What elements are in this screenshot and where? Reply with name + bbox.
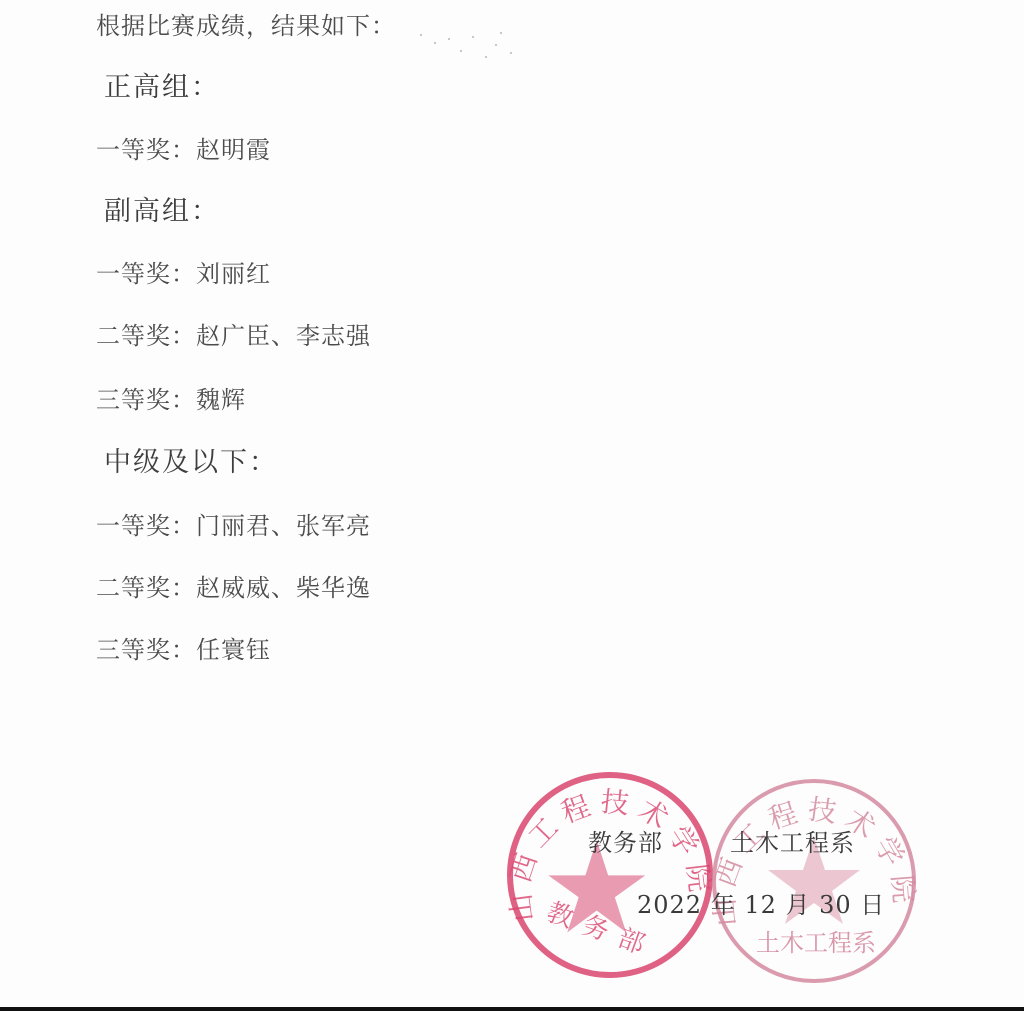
stamp-center-text: 土木工程系 <box>756 923 876 958</box>
page-bottom-border <box>0 1007 1024 1011</box>
award-line: 三等奖：魏辉 <box>96 384 246 416</box>
award-line: 二等奖：赵广臣、李志强 <box>96 320 371 352</box>
scan-noise <box>400 30 520 70</box>
stamp-civil-engineering: 山西工程技术学院 土木工程系 <box>708 775 920 987</box>
award-line: 二等奖：赵威威、柴华逸 <box>96 572 371 604</box>
group-title-intermediate: 中级及以下： <box>104 447 278 479</box>
intro-text: 根据比赛成绩，结果如下： <box>96 10 396 42</box>
document-page: 根据比赛成绩，结果如下： 正高组： 一等奖：赵明霞 副高组： 一等奖：刘丽红 二… <box>0 0 1024 1007</box>
award-line: 一等奖：赵明霞 <box>96 134 271 166</box>
issue-date: 2022 年 12 月 30 日 <box>637 885 885 920</box>
group-title-senior: 正高组： <box>104 72 220 104</box>
award-line: 一等奖：门丽君、张军亮 <box>96 510 371 542</box>
group-title-associate: 副高组： <box>104 196 220 228</box>
stamp-academic-affairs: 山西工程技术学院 教务部 <box>505 770 715 980</box>
issuer-civil-engineering: 土木工程系 <box>730 823 855 858</box>
award-line: 三等奖：任寰钰 <box>96 634 271 666</box>
award-line: 一等奖：刘丽红 <box>96 258 271 290</box>
issuer-academic-affairs: 教务部 <box>588 823 663 858</box>
